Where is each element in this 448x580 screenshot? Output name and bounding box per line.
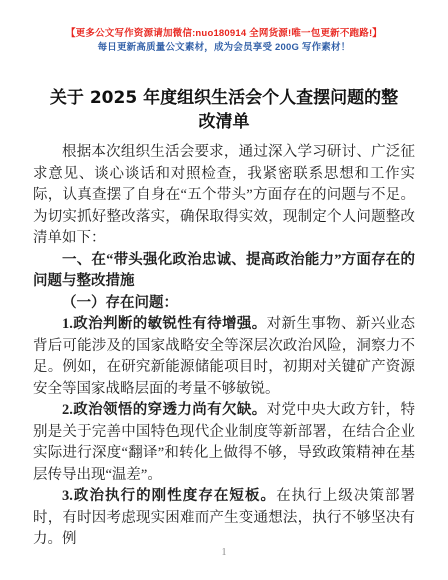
promo-note-line2: 每日更新高质量公文素材，成为会员享受 200G 写作素材！ — [33, 41, 415, 55]
document-content: 【更多公文写作资源请加微信:nuo180914 全网货源!唯一包更新不跑路!】 … — [0, 27, 448, 551]
document-page: 【更多公文写作资源请加微信:nuo180914 全网货源!唯一包更新不跑路!】 … — [0, 0, 448, 580]
page-number: 1 — [0, 547, 448, 558]
promo-note-line1: 【更多公文写作资源请加微信:nuo180914 全网货源!唯一包更新不跑路!】 — [33, 27, 415, 41]
issue-item-2: 2.政治领悟的穿透力尚有欠缺。对党中央大政方针，特别是关于完善中国特色现代企业制… — [33, 400, 415, 486]
issue-item-1: 1.政治判断的敏锐性有待增强。对新生事物、新兴业态背后可能涉及的国家战略安全等深… — [33, 314, 415, 400]
issue-item-3: 3.政治执行的刚性度存在短板。在执行上级决策部署时，有时因考虑现实困难而产生变通… — [33, 486, 415, 551]
intro-paragraph: 根据本次组织生活会要求，通过深入学习研讨、广泛征求意见、谈心谈话和对照检查，我紧… — [33, 142, 415, 250]
issue-item-1-lead: 1.政治判断的敏锐性有待增强。 — [62, 316, 267, 332]
section-1-heading: 一、在“带头强化政治忠诚、提高政治能力”方面存在的问题与整改措施 — [33, 250, 415, 293]
document-title: 关于 2025 年度组织生活会个人查摆问题的整改清单 — [46, 86, 402, 134]
promo-header-note: 【更多公文写作资源请加微信:nuo180914 全网货源!唯一包更新不跑路!】 … — [33, 27, 415, 55]
document-body: 根据本次组织生活会要求，通过深入学习研讨、广泛征求意见、谈心谈话和对照检查，我紧… — [33, 142, 415, 551]
issue-item-3-lead: 3.政治执行的刚性度存在短板。 — [62, 488, 276, 504]
issue-item-2-lead: 2.政治领悟的穿透力尚有欠缺。 — [62, 402, 267, 418]
subsection-1-heading: （一）存在问题： — [33, 293, 415, 315]
